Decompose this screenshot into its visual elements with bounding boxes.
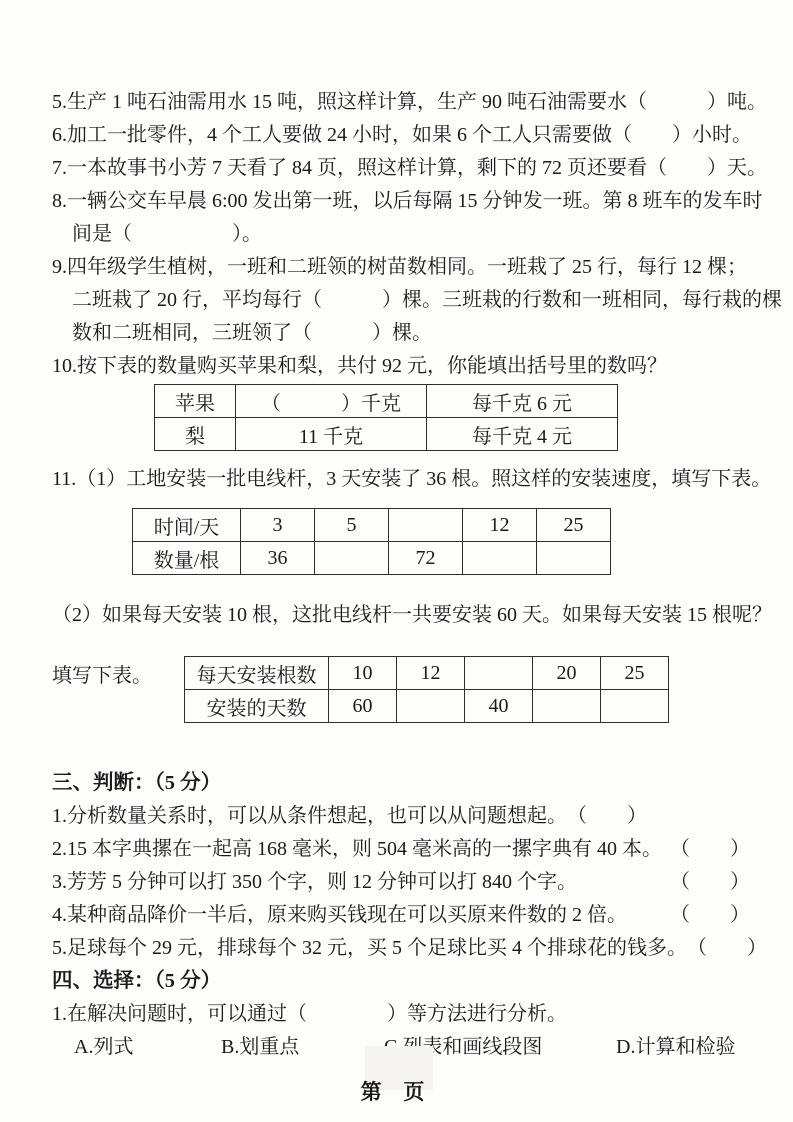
table-row: 数量/根 36 72 [133,542,611,575]
table-cell: 每千克 6 元 [427,385,618,418]
table-cell [397,690,465,723]
judge-item-text: 3.芳芳 5 分钟可以打 350 个字，则 12 分钟可以打 840 个字。 [52,866,577,899]
table-cell: 每千克 4 元 [427,418,618,451]
judge-item: 2.15 本字典摞在一起高 168 毫米，则 504 毫米高的一摞字典有 40 … [52,833,750,866]
table-cell: 12 [463,509,537,542]
page-footer: 第 页 [0,1076,793,1106]
table-cell [463,542,537,575]
choice-question-1: 1.在解决问题时，可以通过（ ）等方法进行分析。 [52,998,750,1031]
section-choice-title: 四、选择：（5 分） [52,965,750,998]
answer-blank: （ ） [670,833,750,866]
table-cell: 36 [241,542,315,575]
answer-blank: （ ） [670,899,750,932]
judge-item-text: 1.分析数量关系时，可以从条件想起，也可以从问题想起。 [52,805,567,827]
judge-item: 4.某种商品降价一半后，原来购买钱现在可以买原来件数的 2 倍。 （ ） [52,899,750,932]
judge-item: 5.足球每个 29 元，排球每个 32 元，买 5 个足球比买 4 个排球花的钱… [52,932,750,965]
judge-item: 3.芳芳 5 分钟可以打 350 个字，则 12 分钟可以打 840 个字。 （… [52,866,750,899]
worksheet-page: 5.生产 1 吨石油需用水 15 吨，照这样计算，生产 90 吨石油需要水（ ）… [0,0,793,1122]
table-cell: 12 [397,657,465,690]
table-cell: 72 [389,542,463,575]
answer-blank: （ ） [687,932,767,965]
table-row: 苹果 （ ）千克 每千克 6 元 [155,385,618,418]
choice-option-a: A.列式 [74,1031,216,1064]
question-10-table: 苹果 （ ）千克 每千克 6 元 梨 11 千克 每千克 4 元 [154,384,618,451]
worksheet-content: 5.生产 1 吨石油需用水 15 吨，照这样计算，生产 90 吨石油需要水（ ）… [52,86,750,1064]
table-cell: 数量/根 [133,542,241,575]
table-cell [533,690,601,723]
table-cell: 25 [601,657,669,690]
answer-blank: （ ） [577,805,647,827]
table-cell: 安装的天数 [185,690,329,723]
table-cell: 40 [465,690,533,723]
judge-item-text: 2.15 本字典摞在一起高 168 毫米，则 504 毫米高的一摞字典有 40 … [52,833,662,866]
question-11-part1: 11.（1）工地安装一批电线杆，3 天安装了 36 根。照这样的安装速度，填写下… [52,463,750,496]
question-9-line2: 二班栽了 20 行，平均每行（ ）棵。三班栽的行数和一班相同，每行栽的棵 [52,284,750,317]
table-cell: 苹果 [155,385,236,418]
table-cell: 11 千克 [236,418,427,451]
table-cell [601,690,669,723]
table-cell: 时间/天 [133,509,241,542]
table-cell: 60 [329,690,397,723]
table-cell [315,542,389,575]
question-8-line1: 8.一辆公交车早晨 6:00 发出第一班，以后每隔 15 分钟发一班。第 8 班… [52,185,750,218]
question-11-table1: 时间/天 3 5 12 25 数量/根 36 72 [132,508,611,575]
table-cell: （ ）千克 [236,385,427,418]
section-judge-title: 三、判断：（5 分） [52,767,750,800]
answer-blank: （ ） [670,866,750,899]
table-cell: 25 [537,509,611,542]
question-6: 6.加工一批零件，4 个工人要做 24 小时，如果 6 个工人只需要做（ ）小时… [52,119,750,152]
judge-item-text: 4.某种商品降价一半后，原来购买钱现在可以买原来件数的 2 倍。 [52,899,627,932]
table-row: 安装的天数 60 40 [185,690,669,723]
choice-option-d: D.计算和检验 [616,1031,735,1064]
table-cell [389,509,463,542]
table-cell: 20 [533,657,601,690]
choice-option-b: B.划重点 [221,1031,379,1064]
table-cell: 5 [315,509,389,542]
question-5: 5.生产 1 吨石油需用水 15 吨，照这样计算，生产 90 吨石油需要水（ ）… [52,86,750,119]
table-cell [537,542,611,575]
question-11-table2: 每天安装根数 10 12 20 25 安装的天数 60 40 [184,656,669,723]
question-9-line3: 数和二班相同，三班领了（ ）棵。 [52,317,750,350]
judge-item-text: 5.足球每个 29 元，排球每个 32 元，买 5 个足球比买 4 个排球花的钱… [52,932,687,965]
table-row: 每天安装根数 10 12 20 25 [185,657,669,690]
table-cell: 每天安装根数 [185,657,329,690]
question-7: 7.一本故事书小芳 7 天看了 84 页，照这样计算，剩下的 72 页还要看（ … [52,152,750,185]
question-11-part2-line1: （2）如果每天安装 10 根，这批电线杆一共要安装 60 天。如果每天安装 15… [52,599,750,632]
table-row: 时间/天 3 5 12 25 [133,509,611,542]
question-11-part2-row: 填写下表。 每天安装根数 10 12 20 25 安装的天数 60 40 [52,656,750,723]
question-9-line1: 9.四年级学生植树，一班和二班领的树苗数相同。一班栽了 25 行，每行 12 棵… [52,251,750,284]
judge-item: 1.分析数量关系时，可以从条件想起，也可以从问题想起。（ ） [52,800,750,833]
question-8-line2: 间是（ ）。 [52,218,750,251]
fill-table-label: 填写下表。 [52,656,152,693]
table-cell: 3 [241,509,315,542]
table-cell [465,657,533,690]
question-10: 10.按下表的数量购买苹果和梨，共付 92 元，你能填出括号里的数吗？ [52,350,750,383]
table-row: 梨 11 千克 每千克 4 元 [155,418,618,451]
table-cell: 梨 [155,418,236,451]
table-cell: 10 [329,657,397,690]
